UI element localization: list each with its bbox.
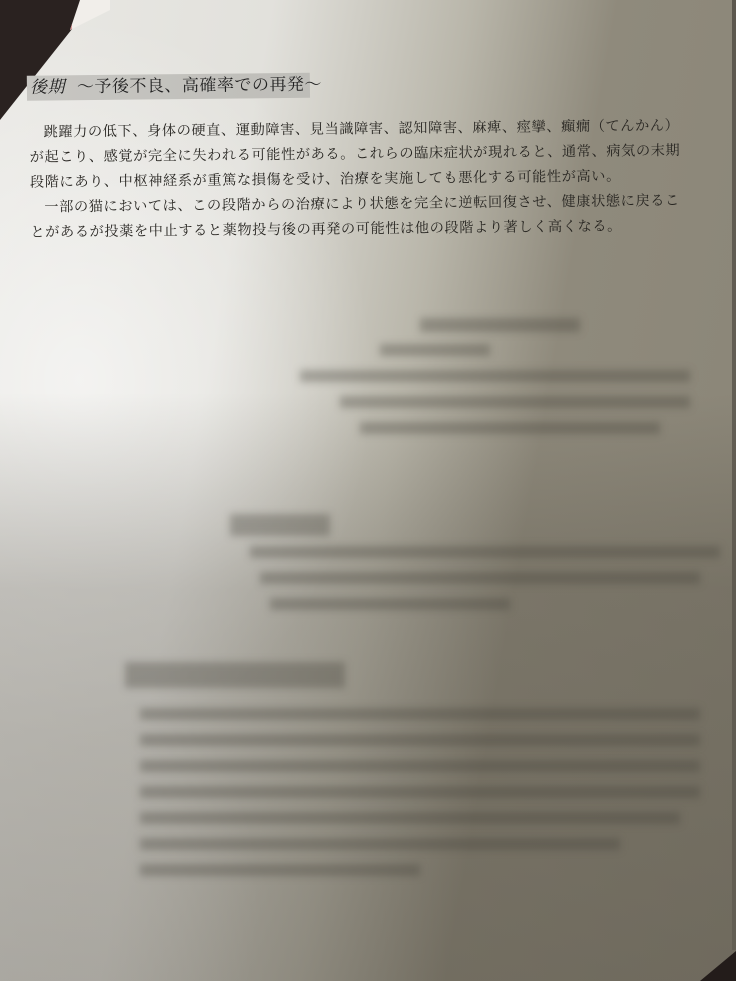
section-title: ～予後不良、高確率での再発～ (77, 75, 322, 98)
section-label: 後期 (30, 77, 65, 97)
document-content: 後期～予後不良、高確率での再発～ 跳躍力の低下、身体の硬直、運動障害、見当識障害… (0, 0, 736, 981)
paragraph: 一部の猫においては、この段階からの治療により状態を完全に逆転回復させ、健康状態に… (30, 189, 690, 246)
section-body: 跳躍力の低下、身体の硬直、運動障害、見当識障害、認知障害、麻痺、痙攣、癲癇（てん… (29, 114, 690, 246)
section-heading: 後期～予後不良、高確率での再発～ (27, 73, 310, 101)
paragraph: 跳躍力の低下、身体の硬直、運動障害、見当識障害、認知障害、麻痺、痙攣、癲癇（てん… (29, 114, 690, 196)
